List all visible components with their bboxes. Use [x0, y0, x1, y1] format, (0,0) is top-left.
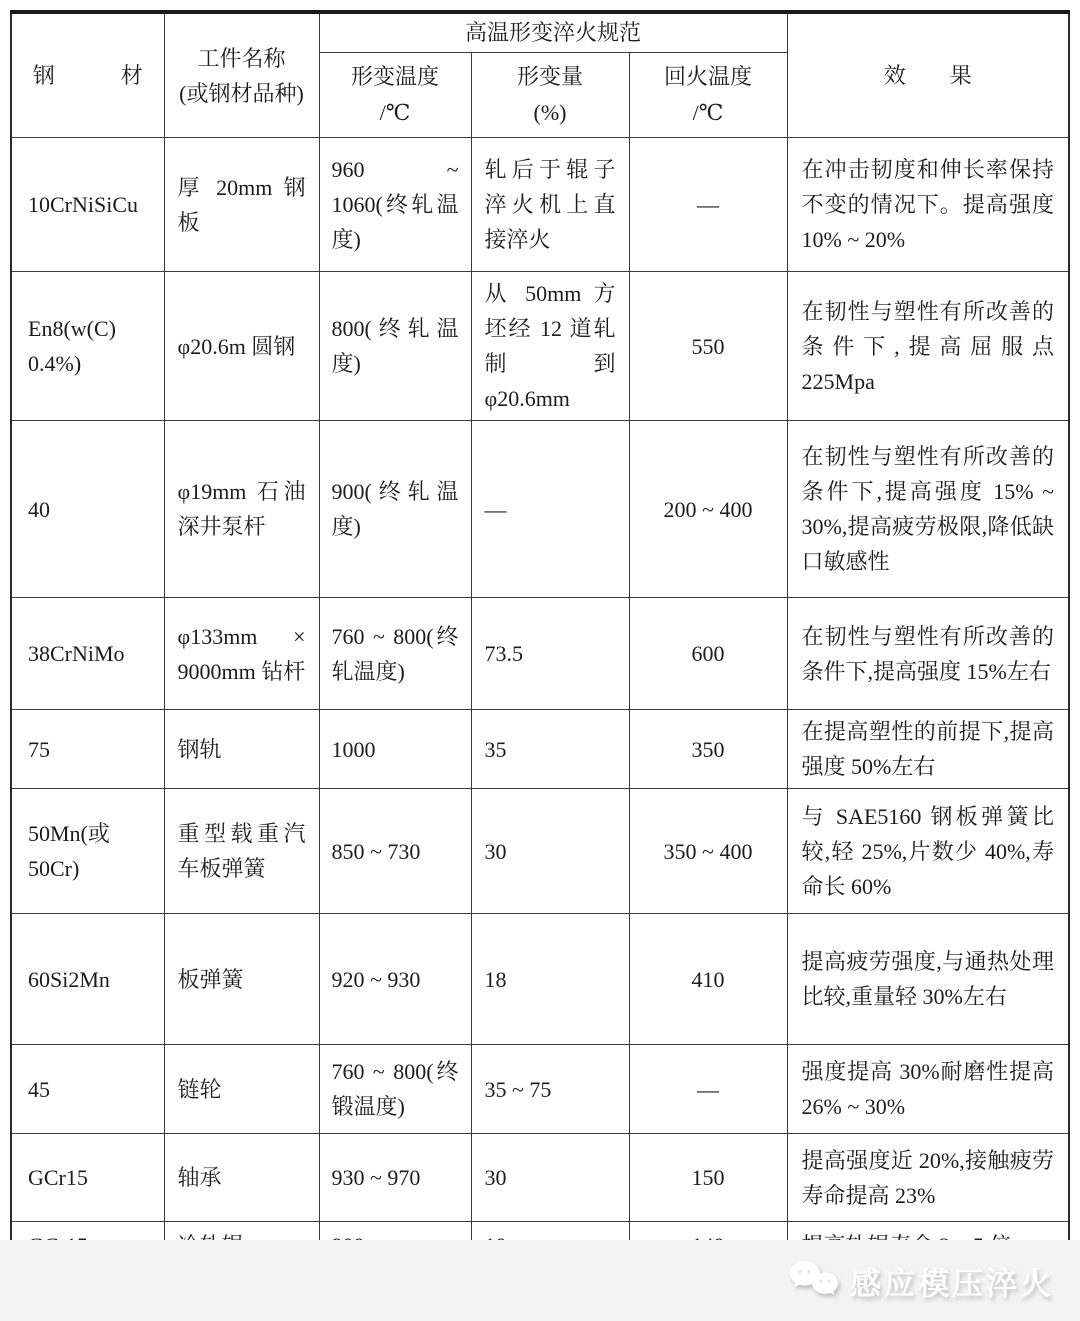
cell-temper-temp: 350 ~ 400: [629, 789, 787, 914]
cell-part: φ19mm 石油深井泵杆: [164, 421, 319, 598]
col-header-deform-amount-label: 形变量: [484, 59, 617, 95]
col-header-deform-amount: 形变量 (%): [471, 53, 629, 138]
cell-part: 链轮: [164, 1045, 319, 1134]
cell-temper-temp: 410: [629, 914, 787, 1045]
page: 钢 材 工件名称 (或钢材品种) 高温形变淬火规范 效 果 形变温度 /℃ 形变…: [0, 0, 1080, 1321]
col-header-deform-temp-label: 形变温度: [332, 59, 459, 95]
wechat-icon: [788, 1260, 842, 1302]
cell-effect: 在冲击韧度和伸长率保持不变的情况下。提高强度 10% ~ 20%: [787, 138, 1069, 272]
cell-steel: GCr15: [11, 1134, 164, 1222]
cell-effect: 在韧性与塑性有所改善的条件下,提高强度 15%左右: [787, 598, 1069, 710]
cell-temper-temp: 350: [629, 710, 787, 789]
table-row: En8(w(C) 0.4%) φ20.6m 圆钢 800(终轧温度) 从 50m…: [11, 272, 1069, 421]
footer-strip: 感应模压淬火: [0, 1240, 1080, 1321]
cell-steel: 75: [11, 710, 164, 789]
cell-part: φ20.6m 圆钢: [164, 272, 319, 421]
col-header-part-line2: (或钢材品种): [177, 76, 307, 111]
cell-effect: 提高强度近 20%,接触疲劳寿命提高 23%: [787, 1134, 1069, 1222]
cell-part: 重型载重汽车板弹簧: [164, 789, 319, 914]
cell-temper-temp: 550: [629, 272, 787, 421]
cell-temper-temp: —: [629, 138, 787, 272]
cell-part: 厚 20mm 钢板: [164, 138, 319, 272]
cell-deform-temp: 850 ~ 730: [319, 789, 471, 914]
cell-deform-temp: 1000: [319, 710, 471, 789]
cell-steel: 40: [11, 421, 164, 598]
cell-deform-amount: 73.5: [471, 598, 629, 710]
col-header-steel: 钢 材: [11, 12, 164, 138]
cell-effect: 与 SAE5160 钢板弹簧比较,轻 25%,片数少 40%,寿命长 60%: [787, 789, 1069, 914]
cell-temper-temp: —: [629, 1045, 787, 1134]
header-row-group: 钢 材 工件名称 (或钢材品种) 高温形变淬火规范 效 果: [11, 12, 1069, 53]
cell-part: φ133mm × 9000mm 钻杆: [164, 598, 319, 710]
cell-effect: 在韧性与塑性有所改善的条件下,提高强度 15% ~ 30%,提高疲劳极限,降低缺…: [787, 421, 1069, 598]
watermark-text: 感应模压淬火: [850, 1258, 1054, 1303]
cell-deform-temp: 800(终轧温度): [319, 272, 471, 421]
cell-part: 钢轨: [164, 710, 319, 789]
cell-deform-amount: 轧后于辊子淬火机上直接淬火: [471, 138, 629, 272]
table-row: GCr15 轴承 930 ~ 970 30 150 提高强度近 20%,接触疲劳…: [11, 1134, 1069, 1222]
cell-steel: 50Mn(或 50Cr): [11, 789, 164, 914]
table-row: 50Mn(或 50Cr) 重型载重汽车板弹簧 850 ~ 730 30 350 …: [11, 789, 1069, 914]
cell-deform-amount: 35 ~ 75: [471, 1045, 629, 1134]
cell-deform-temp: 920 ~ 930: [319, 914, 471, 1045]
cell-steel: 38CrNiMo: [11, 598, 164, 710]
cell-effect: 提高疲劳强度,与通热处理比较,重量轻 30%左右: [787, 914, 1069, 1045]
col-header-temper-temp-label: 回火温度: [642, 59, 775, 95]
cell-deform-temp: 960 ~ 1060(终轧温度): [319, 138, 471, 272]
cell-deform-temp: 930 ~ 970: [319, 1134, 471, 1222]
cell-deform-temp: 760 ~ 800(终锻温度): [319, 1045, 471, 1134]
watermark: 感应模压淬火: [788, 1258, 1054, 1303]
cell-steel: 60Si2Mn: [11, 914, 164, 1045]
table-row: 38CrNiMo φ133mm × 9000mm 钻杆 760 ~ 800(终轧…: [11, 598, 1069, 710]
cell-deform-amount: 35: [471, 710, 629, 789]
col-header-deform-temp: 形变温度 /℃: [319, 53, 471, 138]
col-header-part: 工件名称 (或钢材品种): [164, 12, 319, 138]
cell-deform-temp: 760 ~ 800(终轧温度): [319, 598, 471, 710]
cell-deform-amount: 30: [471, 1134, 629, 1222]
cell-deform-amount: 从 50mm 方坯经 12 道轧制到 φ20.6mm: [471, 272, 629, 421]
cell-temper-temp: 600: [629, 598, 787, 710]
cell-temper-temp: 150: [629, 1134, 787, 1222]
col-header-temper-temp: 回火温度 /℃: [629, 53, 787, 138]
cell-steel: 10CrNiSiCu: [11, 138, 164, 272]
cell-deform-amount: —: [471, 421, 629, 598]
cell-effect: 在提高塑性的前提下,提高强度 50%左右: [787, 710, 1069, 789]
col-header-spec-group: 高温形变淬火规范: [319, 12, 787, 53]
table-row: 10CrNiSiCu 厚 20mm 钢板 960 ~ 1060(终轧温度) 轧后…: [11, 138, 1069, 272]
cell-steel: 45: [11, 1045, 164, 1134]
cell-part: 板弹簧: [164, 914, 319, 1045]
cell-effect: 在韧性与塑性有所改善的条件下,提高屈服点 225Mpa: [787, 272, 1069, 421]
table-row: 75 钢轨 1000 35 350 在提高塑性的前提下,提高强度 50%左右: [11, 710, 1069, 789]
table-row: 60Si2Mn 板弹簧 920 ~ 930 18 410 提高疲劳强度,与通热处…: [11, 914, 1069, 1045]
table-row: 45 链轮 760 ~ 800(终锻温度) 35 ~ 75 — 强度提高 30%…: [11, 1045, 1069, 1134]
cell-deform-temp: 900(终轧温度): [319, 421, 471, 598]
col-header-deform-amount-unit: (%): [484, 95, 617, 131]
cell-deform-amount: 18: [471, 914, 629, 1045]
col-header-part-line1: 工件名称: [177, 41, 307, 76]
col-header-deform-temp-unit: /℃: [332, 95, 459, 131]
table-row: 40 φ19mm 石油深井泵杆 900(终轧温度) — 200 ~ 400 在韧…: [11, 421, 1069, 598]
cell-temper-temp: 200 ~ 400: [629, 421, 787, 598]
cell-part: 轴承: [164, 1134, 319, 1222]
cell-steel: En8(w(C) 0.4%): [11, 272, 164, 421]
quench-spec-table: 钢 材 工件名称 (或钢材品种) 高温形变淬火规范 效 果 形变温度 /℃ 形变…: [10, 10, 1070, 1274]
col-header-effect: 效 果: [787, 12, 1069, 138]
cell-deform-amount: 30: [471, 789, 629, 914]
col-header-temper-temp-unit: /℃: [642, 95, 775, 131]
cell-effect: 强度提高 30%耐磨性提高 26% ~ 30%: [787, 1045, 1069, 1134]
